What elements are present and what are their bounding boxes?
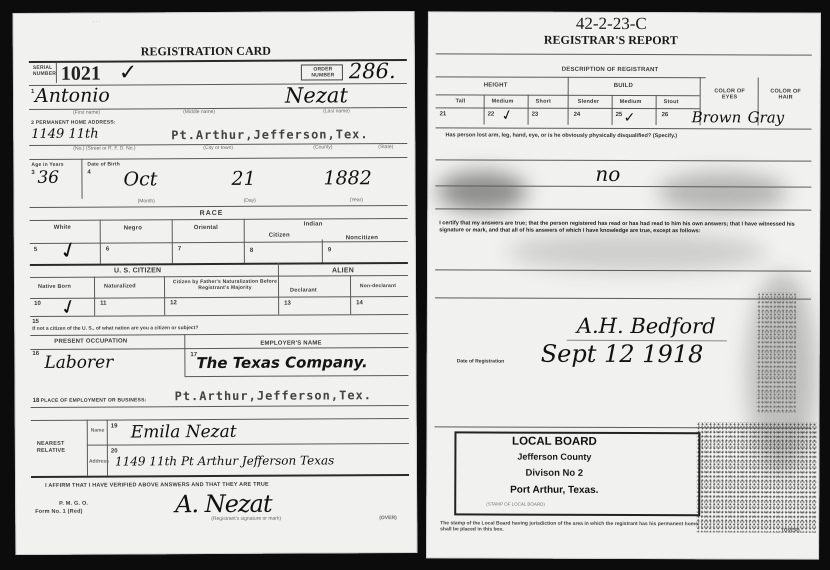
scan-smudge: [657, 172, 787, 212]
field-number: 8: [250, 248, 253, 254]
height-medium-check-icon: ✓: [500, 106, 515, 124]
occupation-label: PRESENT OCCUPATION: [54, 338, 127, 344]
field-number: 10: [34, 301, 41, 307]
place-of-employment-label: PLACE OF EMPLOYMENT OR BUSINESS:: [41, 397, 147, 404]
order-number-value: 286.: [349, 59, 396, 83]
field-number: 21: [440, 111, 447, 117]
dob-label: Date of Birth: [87, 161, 120, 167]
signature-label: (Registrant's signature or mark): [211, 516, 281, 522]
field-number: 6: [106, 247, 109, 253]
divider: [568, 77, 569, 125]
divider: [30, 314, 408, 317]
first-name-value: Antonio: [35, 85, 110, 107]
divider: [87, 443, 409, 446]
hair-color-value: Gray: [748, 108, 785, 126]
divider: [87, 420, 88, 476]
divider: [436, 127, 812, 129]
registrant-signature: A. Nezat: [175, 490, 272, 519]
stamp-number: 42-2-23-C: [576, 14, 647, 34]
nearest-relative-label: NEAREST RELATIVE: [37, 441, 83, 455]
field-number: 18: [33, 398, 40, 404]
build-stout-label: Stout: [664, 99, 679, 105]
relative-address-value: 1149 11th Pt Arthur Jefferson Texas: [115, 453, 334, 468]
registrars-report-title: REGISTRAR'S REPORT: [544, 33, 678, 48]
hair-color-label: COLOR OF HAIR: [766, 88, 806, 100]
divider: [656, 95, 657, 125]
divider: [30, 296, 408, 299]
faded-header-text: · · ·: [93, 19, 101, 25]
divider: [107, 420, 108, 476]
naturalized-label: Naturalized: [104, 283, 136, 289]
field-number: 15: [32, 319, 39, 325]
employer-label: EMPLOYER'S NAME: [260, 340, 321, 346]
q29-text: Has person lost arm, leg, hand, eye, or …: [446, 132, 806, 140]
form-number: Form No. 1 (Red): [35, 509, 83, 515]
middle-name-label: (Middle name): [183, 109, 215, 115]
field-number: 9: [328, 247, 331, 253]
divider: [184, 375, 408, 377]
order-number-label: ORDER NUMBER: [306, 66, 340, 78]
field-number: 13: [284, 301, 291, 307]
registrars-report-back: 42-2-23-C REGISTRAR'S REPORT DESCRIPTION…: [426, 11, 821, 559]
divider: [30, 275, 408, 278]
divider: [29, 157, 407, 160]
serial-number-label: SERIAL NUMBER: [33, 65, 55, 77]
county-label: (County): [313, 144, 332, 150]
affirm-statement: I AFFIRM THAT I HAVE VERIFIED ABOVE ANSW…: [45, 482, 269, 489]
divider: [164, 276, 165, 315]
street-label: (No.) (Street or R. F. D. No.): [73, 145, 135, 151]
check-mark-icon: ✓: [119, 60, 138, 85]
address-street-value: 1149 11th: [31, 127, 98, 142]
dob-day-value: 21: [231, 168, 255, 190]
native-born-label: Native Born: [38, 284, 71, 290]
field-number: 23: [532, 112, 539, 118]
divider: [184, 334, 185, 376]
occupation-value: Laborer: [44, 353, 113, 373]
over-label: (OVER): [379, 515, 397, 521]
divider: [484, 95, 485, 125]
non-declarant-label: Non-declarant: [358, 283, 398, 289]
scan-smudge: [507, 232, 767, 273]
field-number: 1: [31, 89, 34, 95]
field-number: 25: [616, 112, 623, 118]
build-medium-check-icon: ✓: [624, 110, 636, 126]
stamp-footer-text: The stamp of the Local Board having juri…: [440, 520, 700, 533]
race-white-check-icon: ✓: [56, 236, 82, 266]
serial-number-value: 1021: [61, 63, 101, 86]
employer-value: The Texas Company.: [196, 353, 367, 372]
field-number: 11: [100, 301, 106, 307]
date-of-registration-label: Date of Registration: [457, 358, 505, 364]
relative-address-label: Address: [89, 459, 109, 465]
dob-month-label: (Month): [138, 198, 155, 204]
divider: [435, 159, 811, 161]
state-label: (State): [378, 144, 393, 150]
scan-noise: [757, 292, 797, 412]
race-indian-citizen-label: Citizen: [269, 233, 290, 239]
dob-year-value: 1882: [323, 167, 371, 189]
height-header: HEIGHT: [484, 83, 508, 89]
permanent-address-label: 2 PERMANENT HOME ADDRESS:: [31, 120, 116, 126]
height-medium-label: Medium: [492, 99, 514, 105]
divider: [350, 275, 351, 314]
divider: [528, 95, 529, 125]
divider: [322, 239, 323, 262]
us-citizen-header: U. S. CITIZEN: [114, 267, 161, 274]
relative-name-label: Name: [91, 428, 105, 434]
divider: [81, 159, 82, 199]
stamp-line-5: (STAMP OF LOCAL BOARD): [486, 502, 545, 507]
field-number: 5: [34, 247, 37, 253]
height-tall-label: Tall: [456, 98, 466, 104]
divider: [30, 262, 408, 266]
back-over-label: (OVER): [782, 528, 800, 534]
declarant-label: Declarant: [290, 287, 317, 293]
stamp-line-2: Jefferson County: [454, 451, 654, 462]
citizen-by-father-label: Citizen by Father's Naturalization Befor…: [170, 279, 280, 292]
alien-header: ALIEN: [332, 267, 354, 274]
description-header: DESCRIPTION OF REGISTRANT: [562, 67, 659, 73]
dob-month-value: Oct: [123, 168, 157, 190]
field-number: 16: [32, 351, 39, 357]
divider: [436, 76, 706, 78]
address-city-value: Pt.Arthur,Jefferson,Tex.: [171, 127, 368, 142]
divider: [436, 53, 812, 55]
divider: [94, 277, 95, 316]
race-header: RACE: [200, 210, 224, 217]
build-medium-label: Medium: [620, 99, 642, 105]
stamp-line-4: Port Arthur, Texas.: [454, 484, 654, 496]
stamp-line-1: LOCAL BOARD: [454, 435, 654, 448]
field-number: 19: [111, 424, 118, 430]
card-title: REGISTRATION CARD: [141, 44, 271, 60]
scan-noise: [696, 422, 816, 532]
divider: [30, 218, 408, 221]
field-number: 3: [31, 170, 34, 176]
race-oriental-label: Oriental: [194, 225, 218, 231]
dob-year-label: (Year): [350, 197, 363, 203]
divider: [30, 205, 408, 208]
form-code: P. M. G. O.: [59, 501, 88, 507]
q30-certification-text: I certify that my answers are true; that…: [439, 220, 809, 235]
registrar-signature: A.H. Bedford: [577, 314, 716, 338]
divider: [56, 63, 57, 83]
dob-day-label: (Day): [244, 198, 256, 204]
field-number: 22: [488, 112, 495, 118]
divider: [30, 333, 408, 336]
race-negro-label: Negro: [124, 225, 142, 231]
race-indian-label: Indian: [304, 221, 323, 227]
field-number: 26: [662, 112, 669, 118]
q15-label: If not a citizen of the U. S., of what n…: [32, 325, 198, 332]
place-of-employment-value: Pt.Arthur,Jefferson,Tex.: [175, 388, 372, 403]
date-of-registration-value: Sept 12 1918: [541, 340, 704, 369]
build-slender-label: Slender: [578, 99, 600, 105]
last-name-value: Nezat: [285, 83, 348, 107]
field-number: 4: [87, 170, 90, 176]
eye-color-value: Brown: [692, 108, 742, 126]
divider: [30, 241, 408, 244]
relative-name-value: Emila Nezat: [131, 422, 237, 443]
divider: [435, 426, 811, 428]
divider: [612, 95, 613, 125]
last-name-label: (Last name): [323, 108, 350, 114]
eye-color-label: COLOR OF EYES: [710, 88, 750, 100]
race-white-label: White: [54, 225, 71, 231]
field-number: 12: [170, 300, 177, 306]
scan-smudge: [437, 171, 527, 211]
city-label: (City or town): [203, 145, 233, 151]
first-name-label: (First name): [73, 110, 100, 116]
field-number: 7: [178, 246, 181, 252]
divider: [435, 297, 811, 299]
q29-answer: no: [595, 162, 620, 186]
divider: [31, 405, 409, 408]
divider: [30, 347, 408, 350]
field-number: 24: [574, 112, 581, 118]
age-value: 36: [37, 168, 59, 188]
build-header: BUILD: [614, 83, 633, 89]
registration-card-front: · · · REGISTRATION CARD SERIAL NUMBER 10…: [13, 11, 418, 555]
field-number: 14: [356, 300, 363, 306]
height-short-label: Short: [536, 99, 551, 105]
stamp-line-3: Divison No 2: [454, 467, 654, 479]
